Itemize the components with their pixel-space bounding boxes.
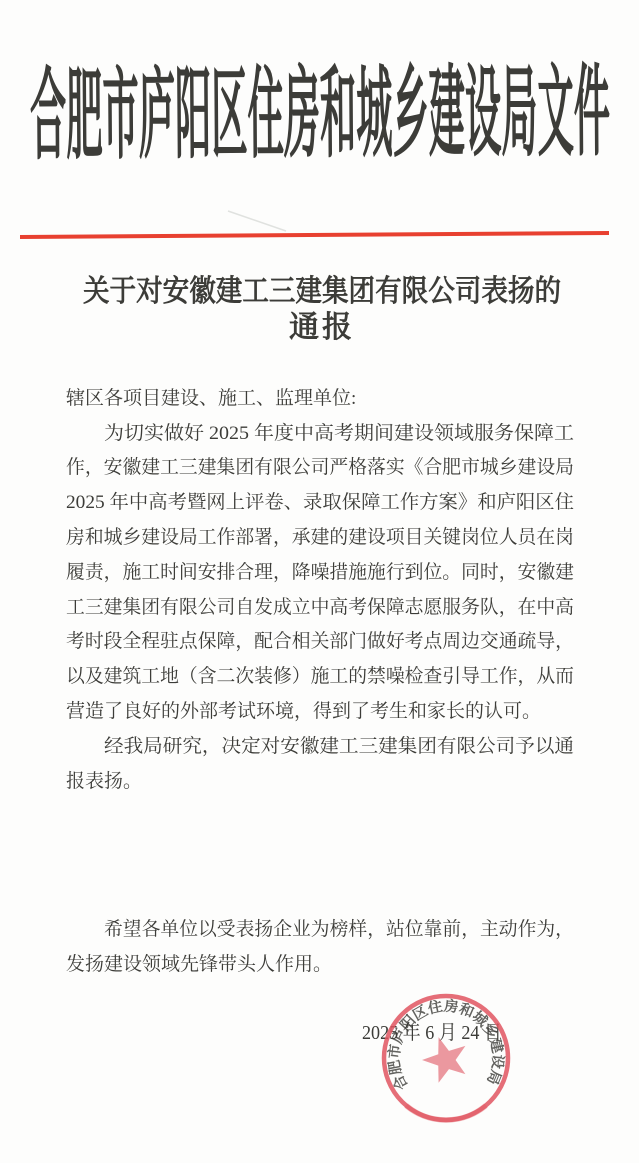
body-p1-line1: 为切实做好 2025 年度中高考期间建设领域服务保障工 (104, 422, 574, 444)
red-letterhead-title: 合肥市庐阳区住房和城乡建设局文件 (30, 57, 611, 172)
official-notice-document: 合肥市庐阳区住房和城乡建设局文件 关于对安徽建工三建集团有限公司表扬的 通报 辖… (0, 0, 639, 1163)
body-p1-line9: 营造了良好的外部考试环境，得到了考生和家长的认可。 (66, 700, 541, 722)
doc-title-line2: 通报 (289, 311, 355, 344)
body-p3-line2: 发扬建设领域先锋带头人作用。 (66, 953, 332, 975)
body-p1-line7: 考时段全程驻点保障，配合相关部门做好考点周边交通疏导， (66, 630, 574, 652)
document-page: 合肥市庐阳区住房和城乡建设局文件 关于对安徽建工三建集团有限公司表扬的 通报 辖… (0, 0, 639, 1163)
body-p1-line5: 履责，施工时间安排合理，降噪措施施行到位。同时，安徽建 (66, 561, 574, 583)
body-p2-line1: 经我局研究，决定对安徽建工三建集团有限公司予以通 (104, 735, 574, 757)
body-p2-line2: 报表扬。 (66, 770, 142, 792)
body-p1-line6: 工三建集团有限公司自发成立中高考保障志愿服务队，在中高 (66, 596, 574, 618)
body-p1-line4: 房和城乡建设局工作部署，承建的建设项目关键岗位人员在岗 (66, 526, 574, 548)
body-p3-line1: 希望各单位以受表扬企业为榜样，站位靠前，主动作为， (104, 918, 574, 940)
doc-title-line1: 关于对安徽建工三建集团有限公司表扬的 (83, 274, 561, 308)
body-p1-line2: 作，安徽建工三建集团有限公司严格落实《合肥市城乡建设局 (66, 456, 574, 478)
salutation-line: 辖区各项目建设、施工、监理单位: (66, 387, 356, 409)
body-p1-line3: 2025 年中高考暨网上评卷、录取保障工作方案》和庐阳区住 (66, 491, 574, 513)
body-p1-line8: 以及建筑工地（含二次装修）施工的禁噪检查引导工作，从而 (66, 665, 574, 687)
